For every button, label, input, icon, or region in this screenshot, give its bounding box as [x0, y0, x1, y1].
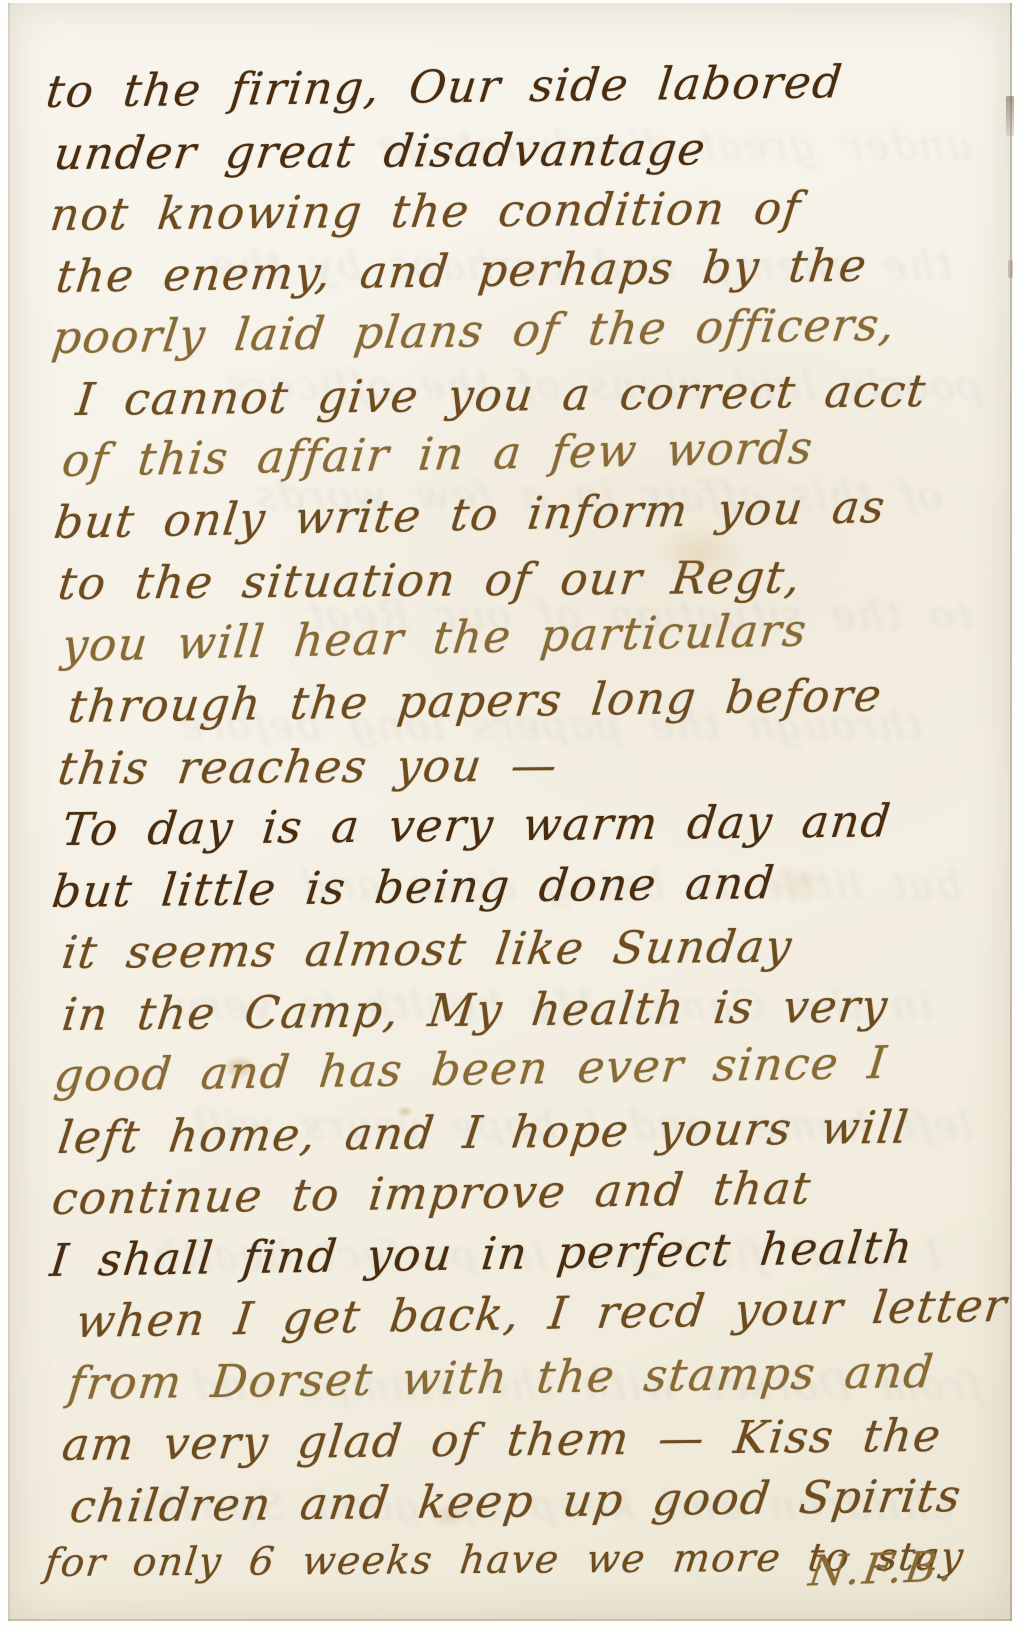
letter-line: am very glad of them — Kiss the	[59, 1408, 1007, 1479]
scanned-letter: under great disadvantage the enemy, and …	[0, 0, 1024, 1631]
letter-line: it seems almost like Sunday	[58, 918, 1007, 988]
letter-line: through the papers long before	[65, 667, 1007, 742]
letter-line: from Dorset with the stamps and	[65, 1343, 1007, 1418]
letter-line: To day is a very warm day and	[59, 793, 1007, 864]
letter-line: this reaches you —	[54, 735, 1007, 803]
letter-line: children and keep up good Spirits	[66, 1468, 1007, 1541]
letter-line: under great disadvantage	[50, 120, 1007, 188]
letter-page: under great disadvantage the enemy, and …	[8, 3, 1012, 1621]
letter-body: to the firing, Our side labored under gr…	[8, 3, 1012, 1603]
letter-line: but little is being done and	[49, 853, 1007, 926]
signature-initials: N.F.B.	[807, 1541, 960, 1595]
letter-line: to the firing, Our side labored	[43, 53, 1007, 126]
